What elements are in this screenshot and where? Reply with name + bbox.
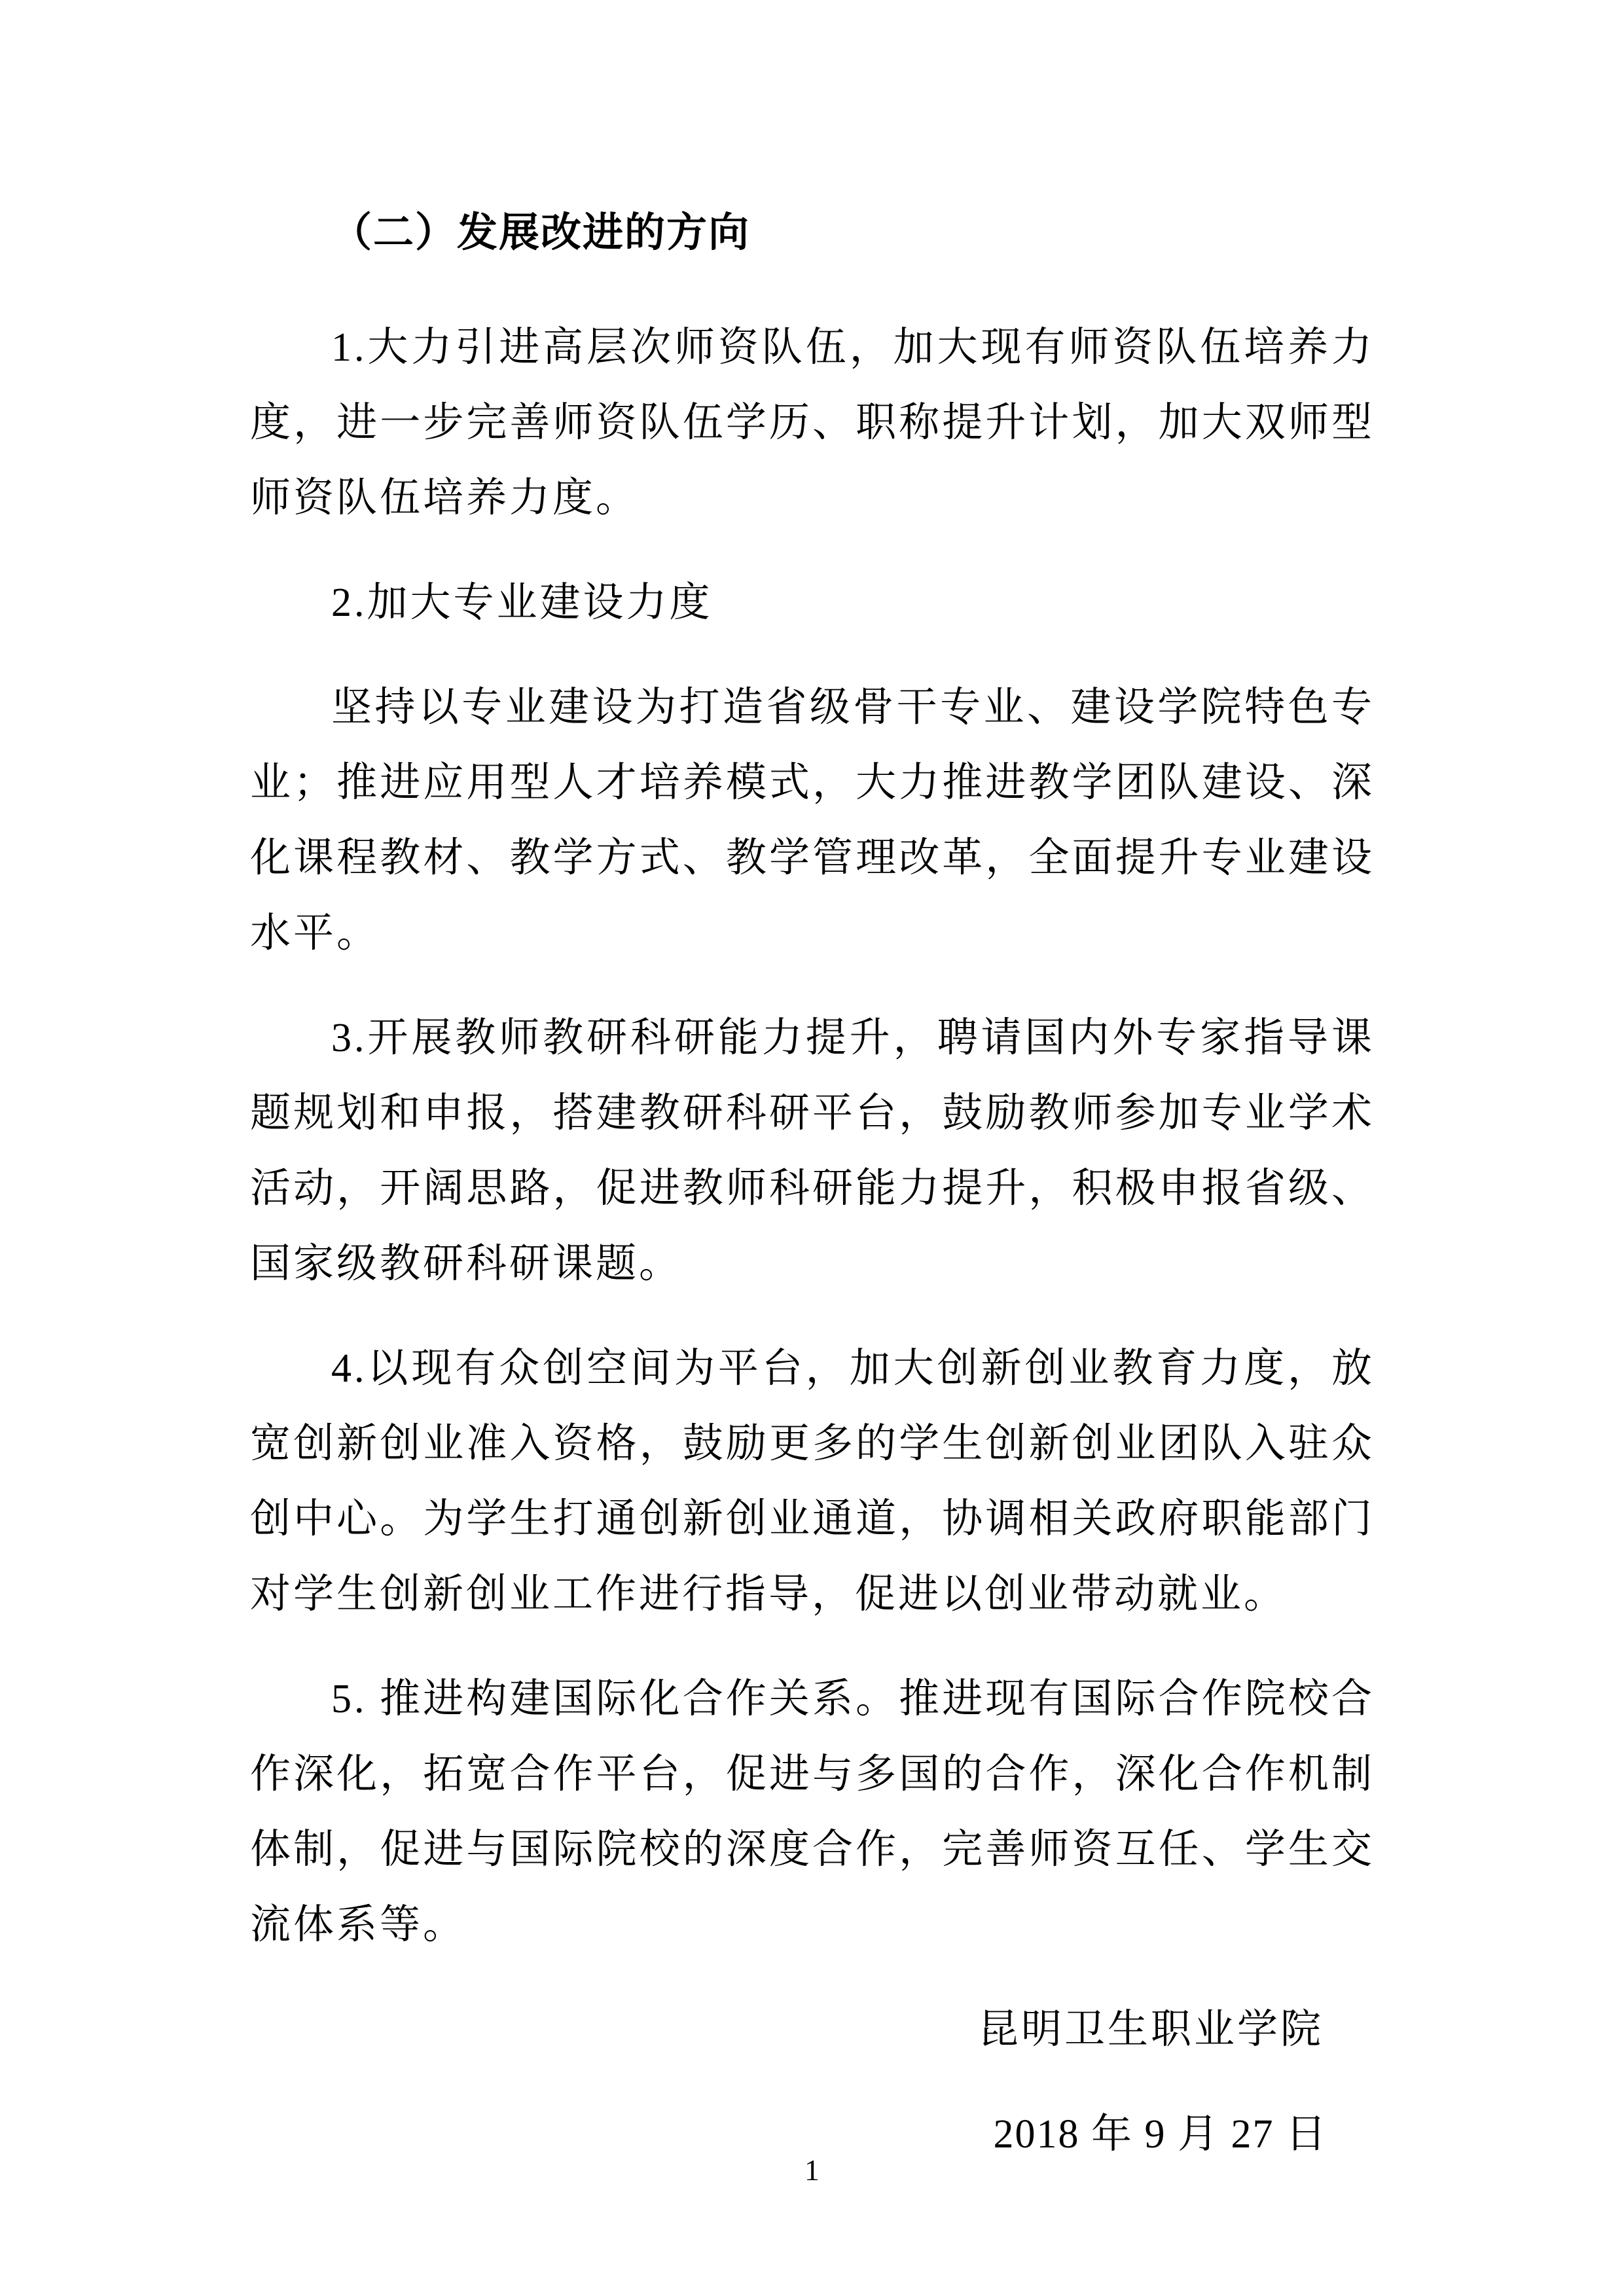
page-number: 1	[0, 2153, 1624, 2187]
document-content: （二）发展改进的方向 1.大力引进高层次师资队伍，加大现有师资队伍培养力度，进一…	[250, 196, 1375, 2172]
paragraph-1: 1.大力引进高层次师资队伍，加大现有师资队伍培养力度，进一步完善师资队伍学历、职…	[250, 310, 1375, 536]
paragraph-5: 4.以现有众创空间为平台，加大创新创业教育力度，放宽创新创业准入资格，鼓励更多的…	[250, 1331, 1375, 1632]
paragraph-2: 2.加大专业建设力度	[250, 565, 1375, 641]
signature-organization: 昆明卫生职业学院	[250, 1992, 1375, 2068]
paragraph-3: 坚持以专业建设为打造省级骨干专业、建设学院特色专业；推进应用型人才培养模式，大力…	[250, 670, 1375, 971]
paragraph-4: 3.开展教师教研科研能力提升，聘请国内外专家指导课题规划和申报，搭建教研科研平台…	[250, 1001, 1375, 1302]
section-heading: （二）发展改进的方向	[250, 196, 1375, 271]
paragraph-6: 5. 推进构建国际化合作关系。推进现有国际合作院校合作深化，拓宽合作平台，促进与…	[250, 1662, 1375, 1963]
document-page: （二）发展改进的方向 1.大力引进高层次师资队伍，加大现有师资队伍培养力度，进一…	[0, 0, 1624, 2296]
